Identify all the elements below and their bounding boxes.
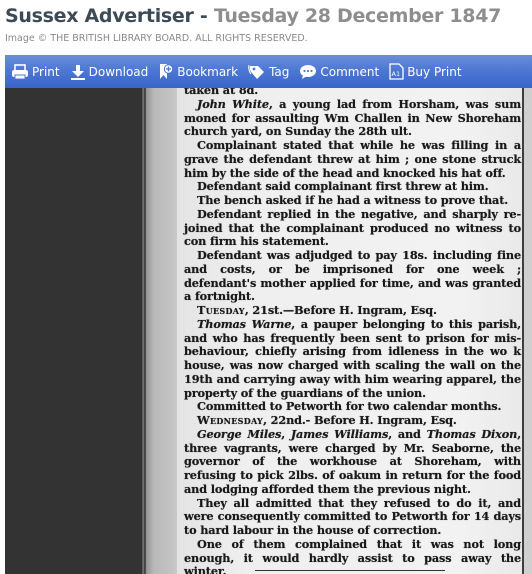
name-connector: , and bbox=[388, 427, 426, 441]
person-name: Thomas Warne bbox=[197, 317, 291, 331]
article-paragraph: They all admitted that they refused to d… bbox=[184, 497, 521, 538]
article-paragraph: Thomas Warne, a pauper belonging to this… bbox=[184, 318, 521, 401]
page-title: Sussex Advertiser - Tuesday 28 December … bbox=[5, 4, 501, 28]
person-name: James Williams bbox=[291, 427, 388, 441]
name-connector: , bbox=[281, 427, 291, 441]
article-paragraph: Complainant stated that while he was fil… bbox=[184, 139, 521, 180]
svg-text:A1: A1 bbox=[392, 70, 401, 78]
article-paragraph: Defendant said complainant first threw a… bbox=[184, 180, 521, 194]
article-end-rule bbox=[255, 570, 445, 571]
download-label: Download bbox=[89, 64, 149, 80]
copyright-notice: Image © THE BRITISH LIBRARY BOARD. ALL R… bbox=[5, 33, 308, 45]
title-separator: - bbox=[194, 5, 214, 27]
buy-print-label: Buy Print bbox=[407, 64, 461, 80]
article-paragraph: One of them complained that it was not l… bbox=[184, 538, 521, 574]
article-paragraph: The bench asked if he had a witness to p… bbox=[184, 194, 521, 208]
article-paragraph: John White, a young lad from Horsham, wa… bbox=[184, 98, 521, 139]
tag-label: Tag bbox=[269, 64, 289, 80]
comment-button[interactable]: Comment bbox=[299, 64, 379, 80]
newspaper-title: Sussex Advertiser bbox=[5, 5, 194, 27]
paragraph-text: taken at 8d. bbox=[184, 88, 258, 97]
paragraph-text: Committed to Petworth for two calendar m… bbox=[197, 399, 501, 413]
buy-print-button[interactable]: A1 Buy Print bbox=[389, 63, 461, 80]
newspaper-image-viewer[interactable]: taken at 8d. John White, a young lad fro… bbox=[5, 88, 532, 574]
article-paragraph: Defendant replied in the negative, and s… bbox=[184, 208, 521, 249]
download-icon bbox=[70, 64, 86, 80]
person-name: John White bbox=[197, 97, 269, 111]
printer-icon bbox=[11, 64, 29, 80]
paragraph-text: Defendant was adjudged to pay 18s. inclu… bbox=[184, 248, 521, 303]
paragraph-text: Defendant replied in the negative, and s… bbox=[184, 207, 521, 249]
download-button[interactable]: Download bbox=[70, 64, 149, 80]
paragraph-text: One of them complained that it was not l… bbox=[184, 537, 521, 574]
article-paragraph: Defendant was adjudged to pay 18s. inclu… bbox=[184, 249, 521, 304]
tag-icon bbox=[248, 64, 266, 80]
paragraph-text: Complainant stated that while he was fil… bbox=[184, 138, 521, 180]
bookmark-button[interactable]: Bookmark bbox=[158, 63, 238, 80]
person-name: Thomas Dixon bbox=[427, 427, 518, 441]
day-heading: Wednesday bbox=[197, 413, 263, 427]
bookmark-label: Bookmark bbox=[177, 64, 238, 80]
paragraph-text: The bench asked if he had a witness to p… bbox=[197, 193, 508, 207]
tag-button[interactable]: Tag bbox=[248, 64, 289, 80]
print-button[interactable]: Print bbox=[11, 64, 60, 80]
paragraph-text: They all admitted that they refused to d… bbox=[184, 496, 521, 538]
article-paragraph: George Miles, James Williams, and Thomas… bbox=[184, 428, 521, 497]
comment-icon bbox=[299, 64, 317, 80]
action-toolbar: Print Download Bookmark Tag bbox=[5, 55, 532, 88]
page-margin bbox=[142, 88, 182, 574]
article-paragraph: Wednesday, 22nd.- Before H. Ingram, Esq. bbox=[184, 414, 521, 428]
article-paragraph: Committed to Petworth for two calendar m… bbox=[184, 400, 521, 414]
comment-label: Comment bbox=[320, 64, 379, 80]
next-column-edge bbox=[524, 88, 532, 574]
paragraph-text: Defendant said complainant first threw a… bbox=[197, 179, 489, 193]
buy-print-icon: A1 bbox=[389, 63, 404, 80]
article-text: taken at 8d. John White, a young lad fro… bbox=[184, 88, 521, 574]
day-heading: Tuesday bbox=[197, 303, 245, 317]
print-label: Print bbox=[32, 64, 60, 80]
article-paragraph: Tuesday, 21st.—Before H. Ingram, Esq. bbox=[184, 304, 521, 318]
bookmark-icon bbox=[158, 63, 174, 80]
paragraph-text: , 22nd.- Before H. Ingram, Esq. bbox=[263, 413, 457, 427]
page-header: Sussex Advertiser - Tuesday 28 December … bbox=[0, 0, 532, 54]
paragraph-text: , 21st.—Before H. Ingram, Esq. bbox=[245, 303, 437, 317]
person-name: George Miles bbox=[197, 427, 281, 441]
issue-date: Tuesday 28 December 1847 bbox=[214, 5, 501, 27]
